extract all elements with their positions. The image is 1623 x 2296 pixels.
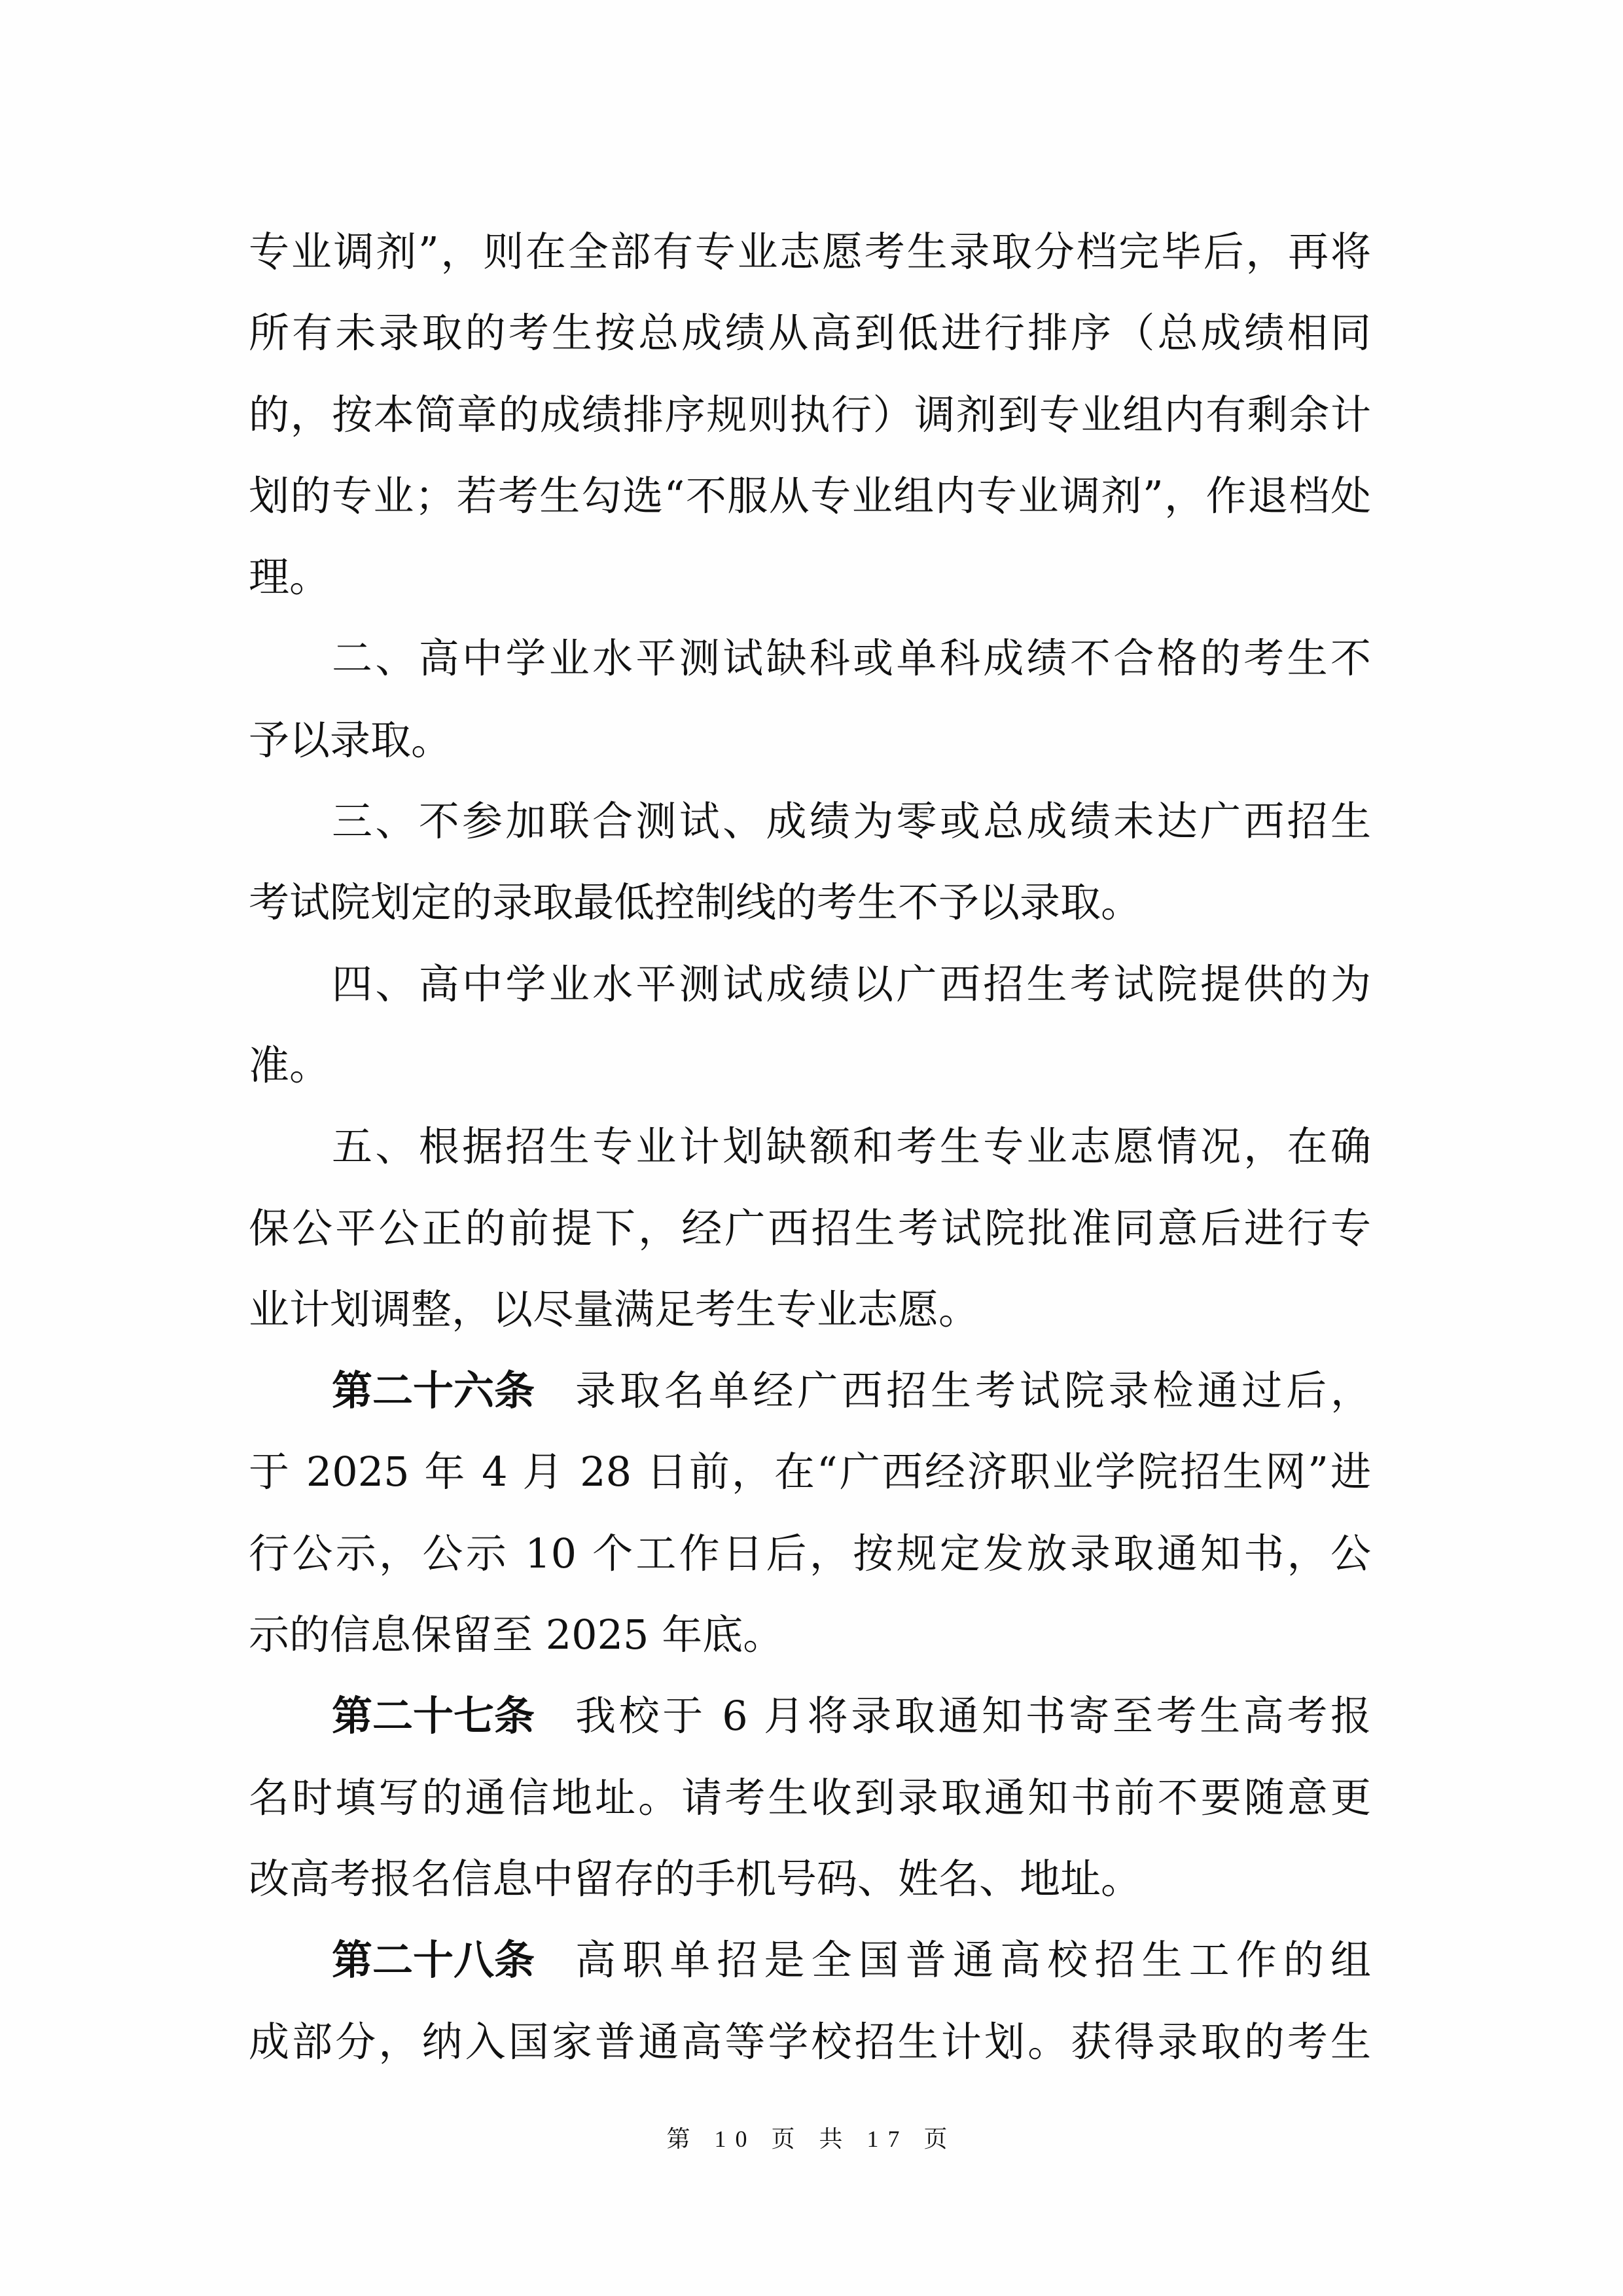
document-body: 专业调剂”，则在全部有专业志愿考生录取分档完毕后，再将 所有未录取的考生按总成绩…: [249, 211, 1371, 2083]
page-number-footer: 第 10 页 共 17 页: [0, 2121, 1623, 2154]
document-page: 专业调剂”，则在全部有专业志愿考生录取分档完毕后，再将 所有未录取的考生按总成绩…: [0, 0, 1623, 2296]
item-3-line: 考试院划定的录取最低控制线的考生不予以录取。: [249, 862, 1371, 943]
article-26-line: 行公示，公示 10 个工作日后，按规定发放录取通知书，公: [249, 1513, 1371, 1594]
item-3-line: 三、不参加联合测试、成绩为零或总成绩未达广西招生: [249, 781, 1371, 862]
article-28-text: 高职单招是全国普通高校招生工作的组: [575, 1920, 1371, 2001]
text-line: 的，按本简章的成绩排序规则执行）调剂到专业组内有剩余计: [249, 374, 1371, 456]
article-27-text: 我校于 6 月将录取通知书寄至考生高考报: [575, 1676, 1371, 1757]
article-26-line: 于 2025 年 4 月 28 日前，在“广西经济职业学院招生网”进: [249, 1431, 1371, 1513]
article-28-line: 成部分，纳入国家普通高等学校招生计划。获得录取的考生: [249, 2001, 1371, 2083]
article-26-first-line: 第二十六条 录取名单经广西招生考试院录检通过后，: [249, 1350, 1371, 1431]
text-line: 划的专业；若考生勾选“不服从专业组内专业调剂”，作退档处: [249, 456, 1371, 537]
article-26-heading: 第二十六条: [332, 1350, 535, 1431]
article-28-first-line: 第二十八条 高职单招是全国普通高校招生工作的组: [249, 1920, 1371, 2001]
article-28-heading: 第二十八条: [332, 1920, 535, 2001]
item-4-line: 四、高中学业水平测试成绩以广西招生考试院提供的为: [249, 944, 1371, 1025]
article-27-line: 名时填写的通信地址。请考生收到录取通知书前不要随意更: [249, 1757, 1371, 1839]
item-5-line: 业计划调整，以尽量满足考生专业志愿。: [249, 1269, 1371, 1350]
article-27-heading: 第二十七条: [332, 1676, 535, 1757]
item-2-line: 二、高中学业水平测试缺科或单科成绩不合格的考生不: [249, 618, 1371, 699]
item-4-line: 准。: [249, 1025, 1371, 1106]
article-26-line: 示的信息保留至 2025 年底。: [249, 1594, 1371, 1676]
text-line: 理。: [249, 537, 1371, 618]
text-line: 所有未录取的考生按总成绩从高到低进行排序（总成绩相同: [249, 293, 1371, 374]
article-26-text: 录取名单经广西招生考试院录检通过后，: [575, 1350, 1371, 1431]
item-5-line: 五、根据招生专业计划缺额和考生专业志愿情况，在确: [249, 1106, 1371, 1187]
item-5-line: 保公平公正的前提下，经广西招生考试院批准同意后进行专: [249, 1188, 1371, 1269]
text-line: 专业调剂”，则在全部有专业志愿考生录取分档完毕后，再将: [249, 211, 1371, 293]
article-27-line: 改高考报名信息中留存的手机号码、姓名、地址。: [249, 1839, 1371, 1920]
article-27-first-line: 第二十七条 我校于 6 月将录取通知书寄至考生高考报: [249, 1676, 1371, 1757]
item-2-line: 予以录取。: [249, 700, 1371, 781]
